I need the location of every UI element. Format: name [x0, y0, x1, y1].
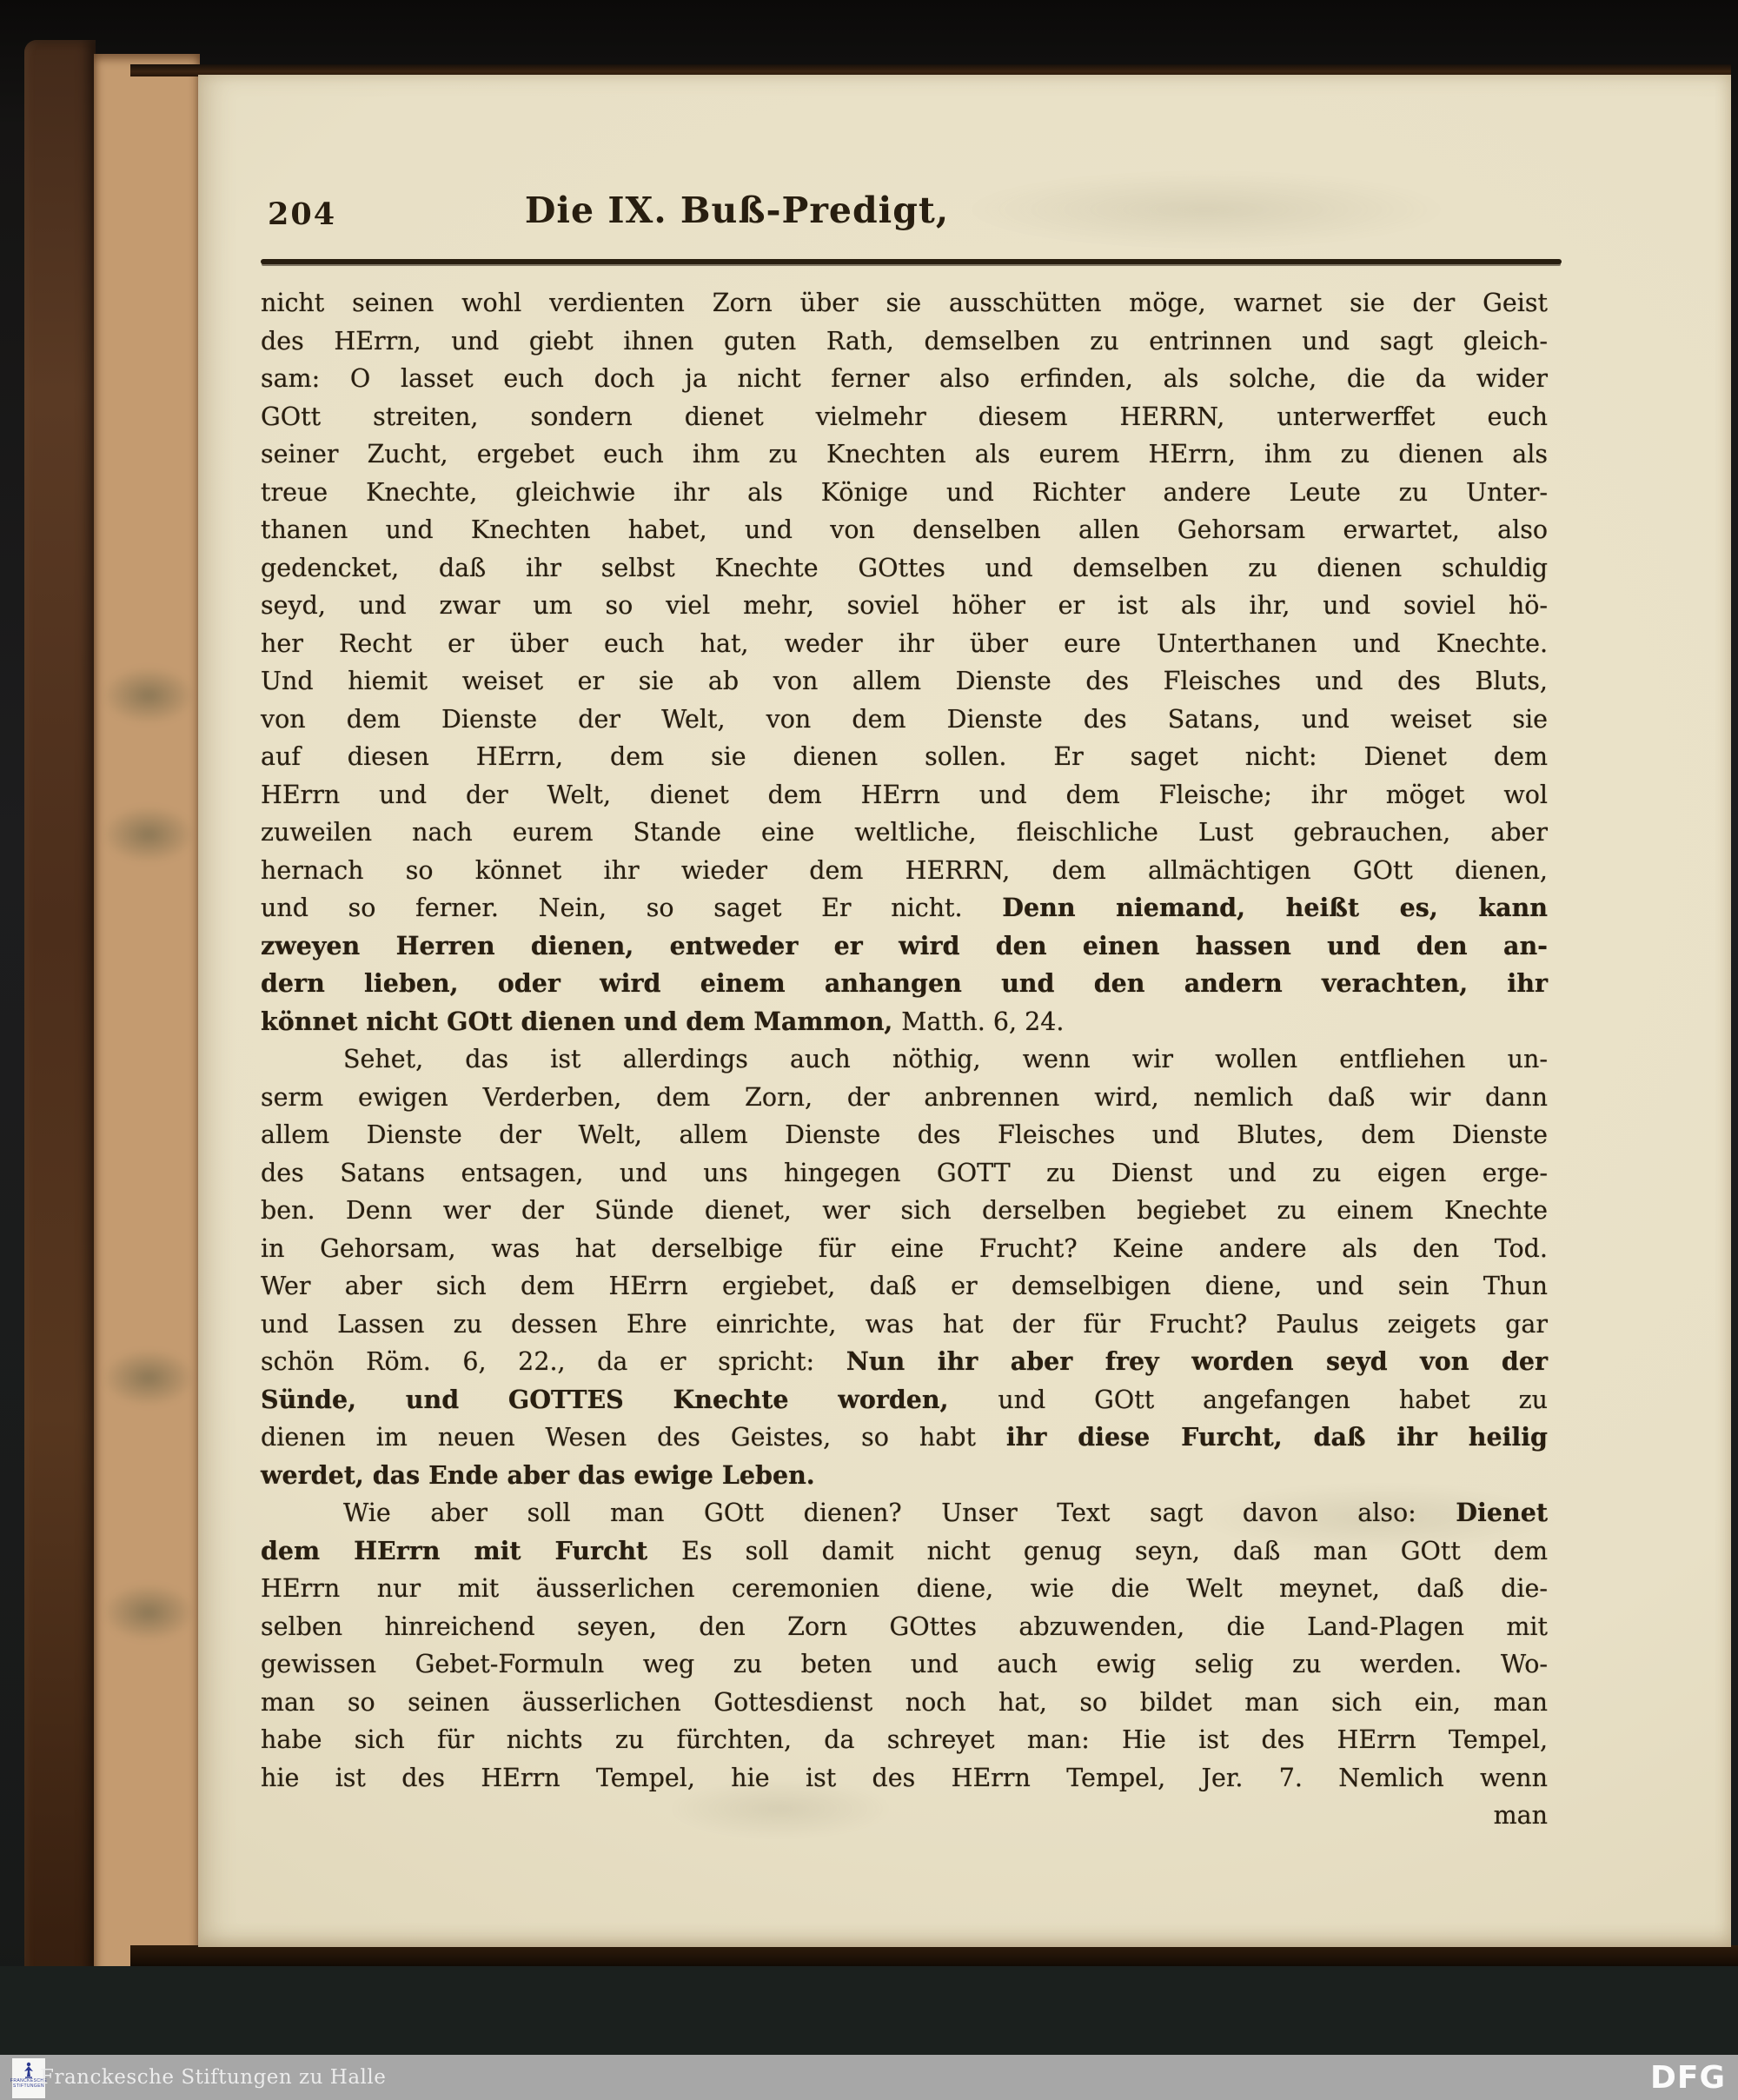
text-line: Wer aber sich dem HErrn ergiebet, daß er… — [261, 1267, 1548, 1306]
eagle-sun-logo-icon — [22, 2061, 36, 2078]
text-line: dienen im neuen Wesen des Geistes, so ha… — [261, 1419, 1548, 1457]
text-line: zuweilen nach eurem Stande eine weltlich… — [261, 814, 1548, 852]
marbling-swirl — [97, 1330, 200, 1425]
text-line: serm ewigen Verderben, dem Zorn, der anb… — [261, 1079, 1548, 1117]
text-line: hie ist des HErrn Tempel, hie ist des HE… — [261, 1759, 1548, 1798]
text-line: sam: O lasset euch doch ja nicht ferner … — [261, 360, 1548, 398]
marbling-swirl — [97, 1565, 200, 1660]
text-line: Wie aber soll man GOtt dienen? Unser Tex… — [261, 1494, 1548, 1532]
text-line: HErrn nur mit äusserlichen ceremonien di… — [261, 1570, 1548, 1608]
text-line: Und hiemit weiset er sie ab von allem Di… — [261, 662, 1548, 701]
text-line: zweyen Herren dienen, entweder er wird d… — [261, 927, 1548, 966]
text-line: des Satans entsagen, und uns hingegen GO… — [261, 1154, 1548, 1193]
book-page: 204 Die IX. Buß-Predigt, nicht seinen wo… — [198, 75, 1731, 1947]
text-line: schön Röm. 6, 22., da er spricht: Nun ih… — [261, 1343, 1548, 1381]
dfg-logo: DFG — [1650, 2055, 1726, 2100]
text-line: seyd, und zwar um so viel mehr, soviel h… — [261, 587, 1548, 625]
show-through-smudge — [963, 170, 1449, 249]
page-edge-stack — [94, 54, 200, 1994]
text-line: Sehet, das ist allerdings auch nöthig, w… — [261, 1040, 1548, 1079]
text-line: allem Dienste der Welt, allem Dienste de… — [261, 1116, 1548, 1154]
text-line: von dem Dienste der Welt, von dem Dienst… — [261, 701, 1548, 739]
page-bottom-edge — [130, 1945, 1738, 1966]
text-line: man so seinen äusserlichen Gottesdienst … — [261, 1684, 1548, 1722]
institution-name: Franckesche Stiftungen zu Halle — [40, 2055, 386, 2100]
scanned-book-viewer: 204 Die IX. Buß-Predigt, nicht seinen wo… — [0, 0, 1738, 2100]
running-head-title: Die IX. Buß-Predigt, — [494, 189, 980, 231]
text-line: nicht seinen wohl verdienten Zorn über s… — [261, 284, 1548, 322]
text-line: thanen und Knechten habet, und von dense… — [261, 511, 1548, 549]
text-line: des HErrn, und giebt ihnen guten Rath, d… — [261, 322, 1548, 361]
text-line: seiner Zucht, ergebet euch ihm zu Knecht… — [261, 435, 1548, 474]
text-line: und so ferner. Nein, so saget Er nicht. … — [261, 889, 1548, 927]
text-line: selben hinreichend seyen, den Zorn GOtte… — [261, 1608, 1548, 1646]
text-line: dern lieben, oder wird einem anhangen un… — [261, 965, 1548, 1003]
text-line: auf diesen HErrn, dem sie dienen sollen.… — [261, 738, 1548, 776]
marbling-swirl — [97, 648, 200, 743]
text-line: könnet nicht GOtt dienen und dem Mammon,… — [261, 1003, 1548, 1041]
catchword: man — [261, 1797, 1548, 1835]
footer-bar: FRANCKESCHE STIFTUNGEN Franckesche Stift… — [0, 2055, 1738, 2100]
page-number: 204 — [268, 196, 336, 232]
text-line: treue Knechte, gleichwie ihr als Könige … — [261, 474, 1548, 512]
text-line: werdet, das Ende aber das ewige Leben. — [261, 1457, 1548, 1495]
text-line: GOtt streiten, sondern dienet vielmehr d… — [261, 398, 1548, 436]
book-spine — [24, 40, 96, 2006]
text-block: nicht seinen wohl verdienten Zorn über s… — [261, 284, 1548, 1835]
text-line: gedencket, daß ihr selbst Knechte GOttes… — [261, 549, 1548, 588]
text-line: habe sich für nichts zu fürchten, da sch… — [261, 1721, 1548, 1759]
scan-background-lower — [0, 1966, 1738, 2055]
text-line: dem HErrn mit Furcht Es soll damit nicht… — [261, 1532, 1548, 1571]
text-line: gewissen Gebet-Formuln weg zu beten und … — [261, 1645, 1548, 1684]
text-line: in Gehorsam, was hat derselbige für eine… — [261, 1230, 1548, 1268]
text-line: HErrn und der Welt, dienet dem HErrn und… — [261, 776, 1548, 814]
text-line: her Recht er über euch hat, weder ihr üb… — [261, 625, 1548, 663]
text-line: und Lassen zu dessen Ehre einrichte, was… — [261, 1306, 1548, 1344]
text-line: ben. Denn wer der Sünde dienet, wer sich… — [261, 1192, 1548, 1230]
header-rule — [261, 259, 1562, 264]
text-line: hernach so könnet ihr wieder dem HERRN, … — [261, 852, 1548, 890]
text-line: Sünde, und GOTTES Knechte worden, und GO… — [261, 1381, 1548, 1419]
marbling-swirl — [97, 787, 200, 882]
